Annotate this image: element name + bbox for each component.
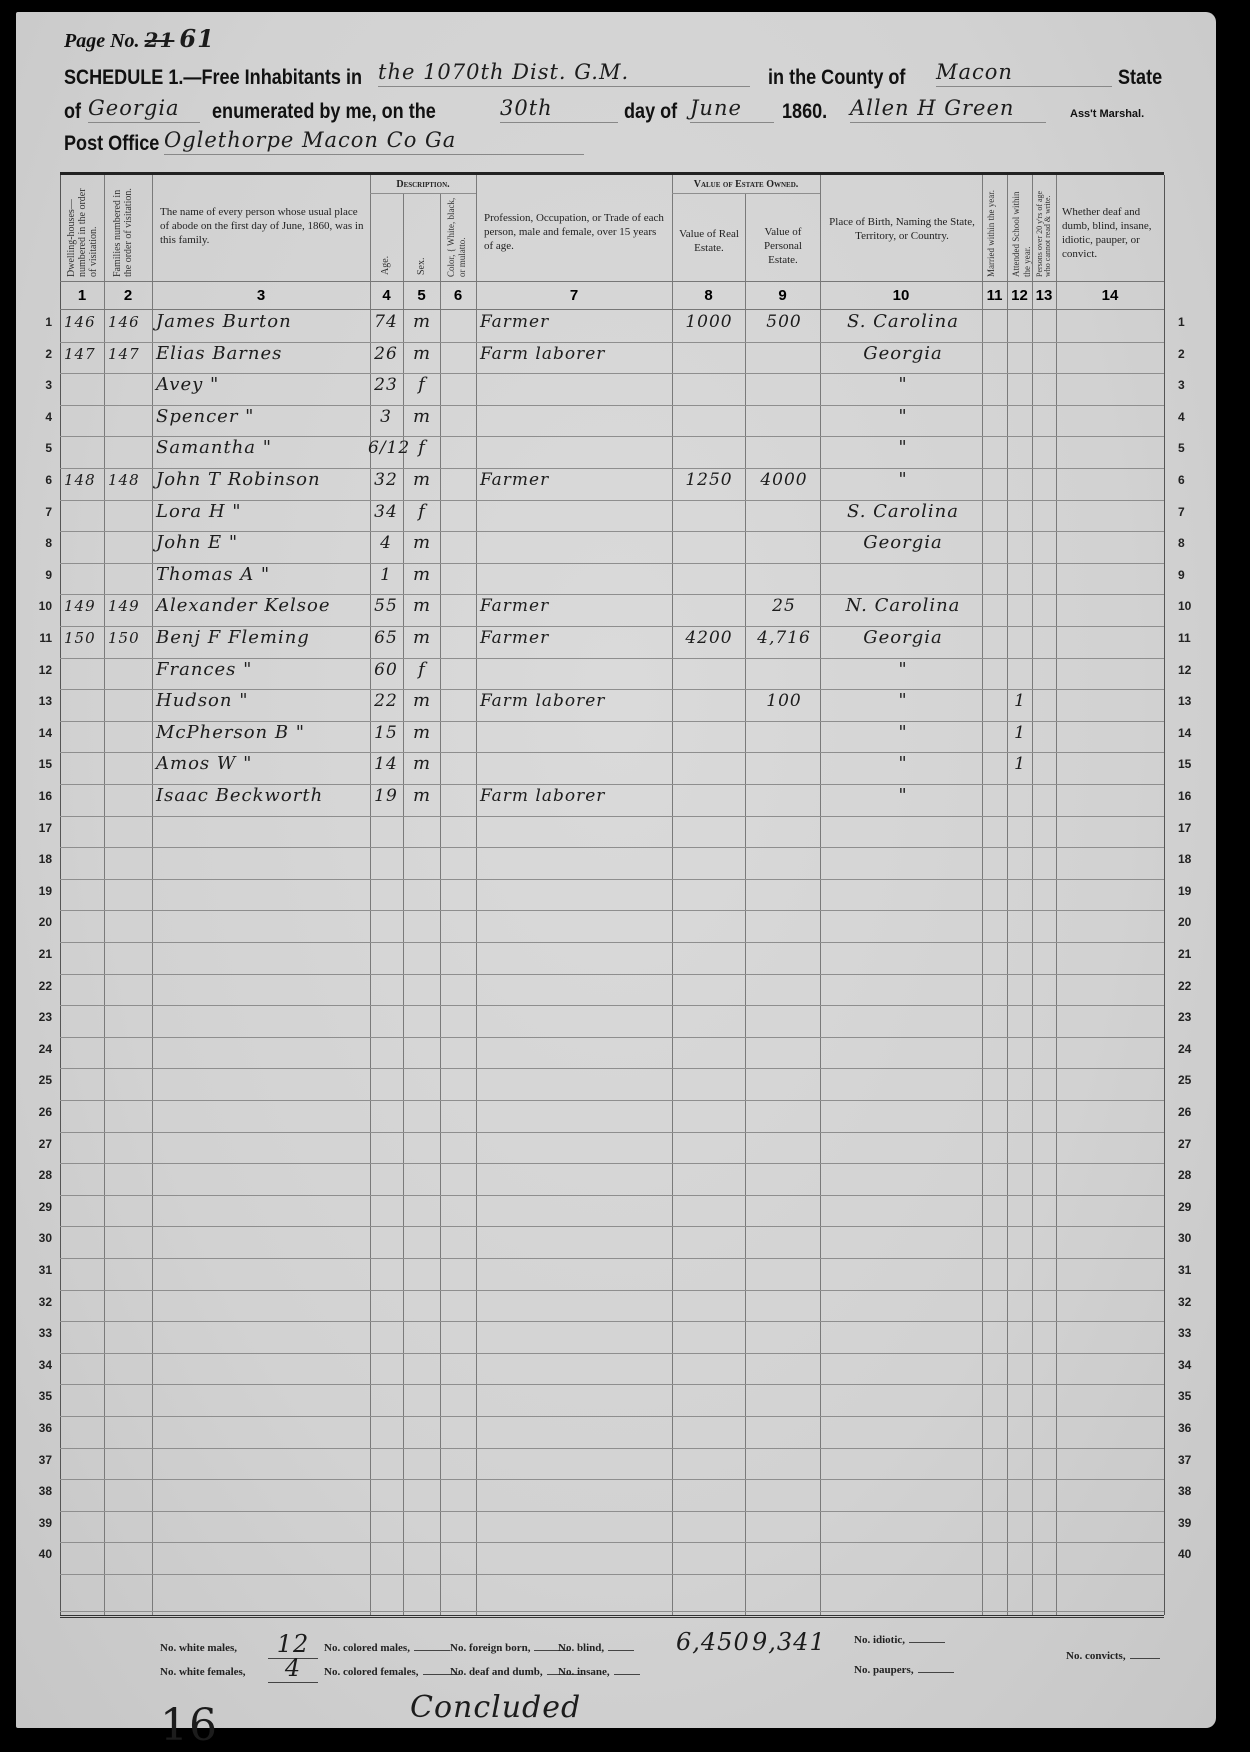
col-header-real-estate: Value of Real Estate. — [678, 227, 740, 255]
cell-color — [442, 370, 476, 400]
cell-occupation — [480, 749, 670, 779]
line-number-left: 34 — [24, 1358, 52, 1372]
row-divider — [60, 974, 1164, 975]
line-number-right: 35 — [1178, 1389, 1208, 1403]
cell-personal-estate — [748, 560, 820, 590]
cell-family: 147 — [108, 339, 152, 369]
cell-birthplace: " — [824, 781, 982, 811]
cell-dwelling: 150 — [64, 623, 104, 653]
cell-birthplace: " — [824, 686, 982, 716]
line-number-left: 9 — [24, 568, 52, 582]
cell-condition — [1058, 655, 1162, 685]
line-number-left: 33 — [24, 1326, 52, 1340]
cell-name: Alexander Kelsoe — [156, 591, 372, 621]
line-number-left: 7 — [24, 505, 52, 519]
cell-personal-estate: 4000 — [748, 465, 820, 495]
cell-condition — [1058, 402, 1162, 432]
cell-occupation: Farm laborer — [480, 781, 670, 811]
page-number: Page No. 21 61 — [64, 24, 215, 53]
cell-condition — [1058, 718, 1162, 748]
col-num-7: 7 — [476, 287, 672, 304]
cell-condition — [1058, 686, 1162, 716]
marshal-field: Allen H Green — [850, 96, 1046, 123]
col-num-1: 1 — [60, 287, 104, 304]
cell-color — [442, 560, 476, 590]
cell-name: Hudson " — [156, 686, 372, 716]
cell-name: James Burton — [156, 307, 372, 337]
cell-sex: f — [406, 370, 438, 400]
cell-age: 22 — [368, 686, 404, 716]
cell-age: 55 — [368, 591, 404, 621]
line-number-right: 1 — [1178, 315, 1208, 329]
line-number-left: 35 — [24, 1389, 52, 1403]
cell-family — [108, 497, 152, 527]
line-number-left: 39 — [24, 1516, 52, 1530]
cell-occupation — [480, 433, 670, 463]
line-number-left: 16 — [24, 789, 52, 803]
line-number-left: 17 — [24, 821, 52, 835]
cell-married — [984, 402, 1006, 432]
cell-real-estate: 1250 — [674, 465, 744, 495]
cell-married — [984, 433, 1006, 463]
col-header-condition: Whether deaf and dumb, blind, insane, id… — [1062, 205, 1158, 261]
cell-sex: f — [406, 655, 438, 685]
cell-school — [1009, 623, 1031, 653]
cell-real-estate — [674, 560, 744, 590]
line-number-left: 12 — [24, 663, 52, 677]
cell-illiterate — [1033, 528, 1055, 558]
cell-condition — [1058, 497, 1162, 527]
cell-dwelling: 147 — [64, 339, 104, 369]
cell-illiterate — [1033, 749, 1055, 779]
row-divider — [60, 1163, 1164, 1164]
cell-real-estate — [674, 781, 744, 811]
cell-birthplace: " — [824, 655, 982, 685]
cell-occupation: Farm laborer — [480, 686, 670, 716]
line-number-right: 27 — [1178, 1137, 1208, 1151]
state-label: State — [1118, 66, 1162, 90]
month-field: June — [690, 96, 774, 123]
schedule-label: SCHEDULE 1.—Free Inhabitants in — [64, 66, 362, 90]
row-divider — [60, 1290, 1164, 1291]
cell-color — [442, 402, 476, 432]
col-header-dwelling: Dwelling-houses—numbered in the order of… — [66, 181, 100, 277]
line-number-left: 1 — [24, 315, 52, 329]
row-divider — [60, 816, 1164, 817]
cell-sex: m — [406, 749, 438, 779]
cell-color — [442, 655, 476, 685]
cell-school: 1 — [1009, 686, 1031, 716]
cell-family — [108, 781, 152, 811]
description-group-header: Description. — [370, 178, 476, 192]
cell-birthplace: " — [824, 718, 982, 748]
cell-name: McPherson B " — [156, 718, 372, 748]
cell-age: 19 — [368, 781, 404, 811]
cell-married — [984, 718, 1006, 748]
cell-real-estate — [674, 591, 744, 621]
cell-sex: f — [406, 497, 438, 527]
cell-age: 4 — [368, 528, 404, 558]
cell-family — [108, 370, 152, 400]
page-number-value: 61 — [179, 24, 214, 53]
cell-age: 23 — [368, 370, 404, 400]
cell-dwelling: 148 — [64, 465, 104, 495]
cell-married — [984, 781, 1006, 811]
line-number-left: 2 — [24, 347, 52, 361]
line-number-right: 23 — [1178, 1010, 1208, 1024]
line-number-right: 3 — [1178, 378, 1208, 392]
line-number-left: 23 — [24, 1010, 52, 1024]
col-num-6: 6 — [440, 287, 476, 304]
cell-personal-estate — [748, 402, 820, 432]
line-number-left: 27 — [24, 1137, 52, 1151]
cell-personal-estate — [748, 718, 820, 748]
cell-color — [442, 528, 476, 558]
cell-age: 34 — [368, 497, 404, 527]
cell-age: 65 — [368, 623, 404, 653]
cell-dwelling — [64, 497, 104, 527]
line-number-right: 14 — [1178, 726, 1208, 740]
row-divider — [60, 1384, 1164, 1385]
cell-dwelling — [64, 433, 104, 463]
cell-birthplace: Georgia — [824, 339, 982, 369]
cell-sex: m — [406, 307, 438, 337]
line-number-left: 8 — [24, 536, 52, 550]
cell-illiterate — [1033, 339, 1055, 369]
line-number-right: 5 — [1178, 441, 1208, 455]
cell-birthplace: " — [824, 433, 982, 463]
colored-females-label: No. colored females, — [324, 1666, 419, 1678]
line-number-right: 17 — [1178, 821, 1208, 835]
col-header-married: Married within the year. — [986, 181, 1004, 277]
line-number-right: 21 — [1178, 947, 1208, 961]
line-number-left: 38 — [24, 1484, 52, 1498]
line-number-right: 24 — [1178, 1042, 1208, 1056]
cell-birthplace: " — [824, 749, 982, 779]
idiotic-label: No. idiotic, — [854, 1634, 905, 1646]
col-header-name: The name of every person whose usual pla… — [160, 205, 364, 247]
cell-family — [108, 433, 152, 463]
cell-color — [442, 307, 476, 337]
cell-sex: m — [406, 686, 438, 716]
cell-dwelling — [64, 718, 104, 748]
cell-sex: m — [406, 339, 438, 369]
line-number-right: 13 — [1178, 694, 1208, 708]
cell-color — [442, 339, 476, 369]
cell-birthplace — [824, 560, 982, 590]
cell-married — [984, 370, 1006, 400]
day-field: 30th — [500, 96, 618, 123]
colored-males-label: No. colored males, — [324, 1642, 410, 1654]
cell-illiterate — [1033, 655, 1055, 685]
line-number-left: 31 — [24, 1263, 52, 1277]
footer-note: Concluded — [410, 1690, 581, 1725]
cell-married — [984, 749, 1006, 779]
cell-school: 1 — [1009, 718, 1031, 748]
estate-group-header: Value of Estate Owned. — [672, 178, 820, 192]
line-number-left: 24 — [24, 1042, 52, 1056]
line-number-right: 2 — [1178, 347, 1208, 361]
cell-birthplace: " — [824, 402, 982, 432]
cell-married — [984, 591, 1006, 621]
cell-dwelling — [64, 781, 104, 811]
cell-real-estate — [674, 528, 744, 558]
cell-birthplace: " — [824, 370, 982, 400]
cell-illiterate — [1033, 686, 1055, 716]
col-header-color: Color, { White, black, or mulatto. — [446, 197, 472, 277]
cell-birthplace: Georgia — [824, 623, 982, 653]
line-number-right: 22 — [1178, 979, 1208, 993]
row-divider — [60, 910, 1164, 911]
cell-family — [108, 718, 152, 748]
col-num-10: 10 — [820, 287, 982, 304]
cell-name: John E " — [156, 528, 372, 558]
cell-illiterate — [1033, 370, 1055, 400]
cell-birthplace: Georgia — [824, 528, 982, 558]
cell-school — [1009, 465, 1031, 495]
cell-age: 14 — [368, 749, 404, 779]
line-number-right: 8 — [1178, 536, 1208, 550]
cell-age: 3 — [368, 402, 404, 432]
white-females-value: 4 — [268, 1654, 318, 1683]
line-number-left: 30 — [24, 1231, 52, 1245]
col-num-8: 8 — [672, 287, 745, 304]
line-number-left: 25 — [24, 1073, 52, 1087]
row-divider — [60, 1226, 1164, 1227]
cell-sex: m — [406, 528, 438, 558]
line-number-left: 21 — [24, 947, 52, 961]
cell-occupation: Farmer — [480, 465, 670, 495]
cell-age: 74 — [368, 307, 404, 337]
line-number-right: 30 — [1178, 1231, 1208, 1245]
cell-sex: m — [406, 465, 438, 495]
line-number-right: 19 — [1178, 884, 1208, 898]
cell-family: 148 — [108, 465, 152, 495]
cell-color — [442, 686, 476, 716]
row-divider — [60, 1100, 1164, 1101]
post-office-field: Oglethorpe Macon Co Ga — [164, 128, 584, 155]
post-office-label: Post Office — [64, 132, 159, 156]
cell-occupation: Farmer — [480, 591, 670, 621]
cell-occupation — [480, 655, 670, 685]
row-divider — [60, 1479, 1164, 1480]
row-divider — [60, 942, 1164, 943]
cell-school — [1009, 560, 1031, 590]
cell-illiterate — [1033, 497, 1055, 527]
cell-occupation — [480, 718, 670, 748]
personal-estate-total: 9,341 — [752, 1628, 826, 1656]
convicts-label: No. convicts, — [1066, 1650, 1126, 1662]
county-label: in the County of — [768, 66, 905, 90]
cell-school — [1009, 402, 1031, 432]
row-divider — [60, 879, 1164, 880]
cell-illiterate — [1033, 560, 1055, 590]
cell-name: Isaac Beckworth — [156, 781, 372, 811]
cell-sex: m — [406, 560, 438, 590]
cell-occupation — [480, 370, 670, 400]
row-divider — [60, 1511, 1164, 1512]
row-divider — [60, 1448, 1164, 1449]
cell-name: John T Robinson — [156, 465, 372, 495]
line-number-right: 34 — [1178, 1358, 1208, 1372]
col-num-5: 5 — [403, 287, 440, 304]
line-number-left: 4 — [24, 410, 52, 424]
cell-family — [108, 560, 152, 590]
cell-school — [1009, 655, 1031, 685]
row-divider — [60, 1258, 1164, 1259]
cell-family: 149 — [108, 591, 152, 621]
cell-sex: m — [406, 718, 438, 748]
cell-personal-estate: 25 — [748, 591, 820, 621]
cell-family — [108, 528, 152, 558]
cell-occupation — [480, 402, 670, 432]
line-number-right: 33 — [1178, 1326, 1208, 1340]
line-number-right: 7 — [1178, 505, 1208, 519]
row-divider — [60, 1353, 1164, 1354]
cell-personal-estate: 100 — [748, 686, 820, 716]
line-number-left: 14 — [24, 726, 52, 740]
cell-sex: m — [406, 623, 438, 653]
cell-age: 15 — [368, 718, 404, 748]
line-number-left: 3 — [24, 378, 52, 392]
cell-color — [442, 465, 476, 495]
col-header-personal-estate: Value of Personal Estate. — [752, 225, 814, 267]
cell-married — [984, 339, 1006, 369]
blind-label: No. blind, — [558, 1642, 604, 1654]
cell-condition — [1058, 465, 1162, 495]
cell-dwelling — [64, 402, 104, 432]
cell-name: Avey " — [156, 370, 372, 400]
cell-school — [1009, 433, 1031, 463]
enumerated-label: enumerated by me, on the — [212, 100, 436, 124]
col-num-9: 9 — [745, 287, 820, 304]
col-num-14: 14 — [1056, 287, 1164, 304]
line-number-left: 32 — [24, 1295, 52, 1309]
cell-married — [984, 560, 1006, 590]
cell-color — [442, 749, 476, 779]
cell-color — [442, 718, 476, 748]
line-number-right: 29 — [1178, 1200, 1208, 1214]
cell-school — [1009, 307, 1031, 337]
cell-married — [984, 528, 1006, 558]
cell-school — [1009, 591, 1031, 621]
line-number-right: 31 — [1178, 1263, 1208, 1277]
cell-real-estate: 1000 — [674, 307, 744, 337]
cell-color — [442, 433, 476, 463]
cell-sex: m — [406, 781, 438, 811]
cell-name: Amos W " — [156, 749, 372, 779]
cell-name: Benj F Fleming — [156, 623, 372, 653]
cell-family — [108, 686, 152, 716]
col-num-11: 11 — [982, 287, 1007, 304]
cell-condition — [1058, 307, 1162, 337]
row-divider — [60, 1542, 1164, 1543]
line-number-right: 9 — [1178, 568, 1208, 582]
cell-birthplace: S. Carolina — [824, 307, 982, 337]
cell-condition — [1058, 749, 1162, 779]
cell-family — [108, 655, 152, 685]
cell-age: 32 — [368, 465, 404, 495]
cell-married — [984, 497, 1006, 527]
cell-dwelling — [64, 749, 104, 779]
cell-condition — [1058, 370, 1162, 400]
col-num-3: 3 — [152, 287, 370, 304]
cell-dwelling — [64, 528, 104, 558]
row-divider — [60, 1195, 1164, 1196]
cell-illiterate — [1033, 307, 1055, 337]
line-number-right: 32 — [1178, 1295, 1208, 1309]
of-label: of — [64, 100, 81, 124]
white-males-label: No. white males, — [160, 1642, 237, 1654]
cell-condition — [1058, 339, 1162, 369]
marshal-label: Ass't Marshal. — [1070, 108, 1144, 120]
cell-personal-estate — [748, 497, 820, 527]
line-number-left: 40 — [24, 1547, 52, 1561]
cell-occupation — [480, 560, 670, 590]
cell-color — [442, 591, 476, 621]
row-divider — [60, 1321, 1164, 1322]
col-header-occupation: Profession, Occupation, or Trade of each… — [484, 211, 666, 253]
cell-occupation — [480, 497, 670, 527]
row-divider — [60, 1574, 1164, 1575]
row-divider — [60, 847, 1164, 848]
cell-illiterate — [1033, 402, 1055, 432]
col-num-12: 12 — [1007, 287, 1032, 304]
cell-dwelling — [64, 370, 104, 400]
row-divider — [60, 1132, 1164, 1133]
line-number-left: 28 — [24, 1168, 52, 1182]
line-number-left: 5 — [24, 441, 52, 455]
cell-real-estate — [674, 749, 744, 779]
line-number-right: 36 — [1178, 1421, 1208, 1435]
cell-married — [984, 465, 1006, 495]
line-number-left: 29 — [24, 1200, 52, 1214]
line-number-left: 19 — [24, 884, 52, 898]
cell-occupation: Farmer — [480, 623, 670, 653]
cell-name: Frances " — [156, 655, 372, 685]
col-num-4: 4 — [370, 287, 403, 304]
cell-sex: f — [406, 433, 438, 463]
foreign-born-label: No. foreign born, — [450, 1642, 530, 1654]
cell-sex: m — [406, 402, 438, 432]
state-field: Georgia — [88, 96, 200, 123]
cell-real-estate — [674, 718, 744, 748]
cell-real-estate — [674, 433, 744, 463]
line-number-right: 10 — [1178, 599, 1208, 613]
cell-married — [984, 686, 1006, 716]
cell-real-estate — [674, 339, 744, 369]
cell-illiterate — [1033, 718, 1055, 748]
col-header-illiterate: Persons over 20 y'rs of age who cannot r… — [1036, 181, 1054, 277]
col-num-13: 13 — [1032, 287, 1056, 304]
line-number-right: 37 — [1178, 1453, 1208, 1467]
page-number-label: Page No. — [64, 30, 140, 52]
line-number-left: 18 — [24, 852, 52, 866]
cell-illiterate — [1033, 781, 1055, 811]
cell-dwelling — [64, 560, 104, 590]
cell-occupation: Farmer — [480, 307, 670, 337]
line-number-right: 20 — [1178, 915, 1208, 929]
line-number-right: 16 — [1178, 789, 1208, 803]
cell-name: Elias Barnes — [156, 339, 372, 369]
line-number-right: 26 — [1178, 1105, 1208, 1119]
line-number-left: 36 — [24, 1421, 52, 1435]
cell-condition — [1058, 623, 1162, 653]
line-number-right: 4 — [1178, 410, 1208, 424]
cell-birthplace: S. Carolina — [824, 497, 982, 527]
cell-name: Lora H " — [156, 497, 372, 527]
cell-school — [1009, 781, 1031, 811]
